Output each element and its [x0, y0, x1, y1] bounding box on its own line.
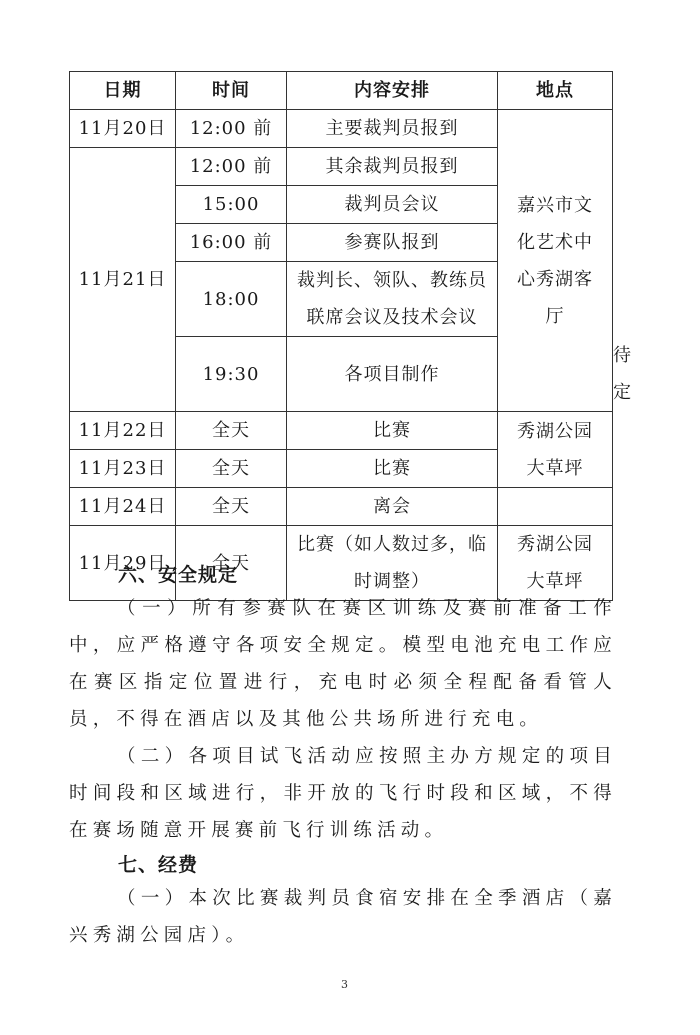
cell-content: 比赛: [287, 450, 498, 488]
cell-date: 11月23日: [70, 450, 176, 488]
location-line: 化艺术中: [498, 224, 612, 261]
schedule-table: 日期 时间 内容安排 地点 11月20日 12:00 前 主要裁判员报到 嘉兴市…: [69, 71, 613, 601]
header-location: 地点: [498, 72, 613, 110]
document-page: 日期 时间 内容安排 地点 11月20日 12:00 前 主要裁判员报到 嘉兴市…: [0, 0, 700, 1035]
cell-content: 离会: [287, 488, 498, 526]
cell-time: 12:00 前: [176, 110, 287, 148]
location-line: 秀湖公园: [498, 413, 612, 450]
page-number: 3: [341, 978, 348, 991]
content-line: 比赛（如人数过多，临: [287, 526, 497, 563]
cell-location-merged: 嘉兴市文 化艺术中 心秀湖客 厅: [498, 110, 613, 412]
table-row: 11月24日 全天 离会: [70, 488, 613, 526]
location-line: 秀湖公园: [498, 526, 612, 563]
section-heading-safety: 六、安全规定: [118, 560, 238, 587]
cell-date: 11月24日: [70, 488, 176, 526]
cell-content: 参赛队报到: [287, 224, 498, 262]
cell-time: 全天: [176, 412, 287, 450]
cell-date: 11月20日: [70, 110, 176, 148]
header-date: 日期: [70, 72, 176, 110]
header-time: 时间: [176, 72, 287, 110]
paragraph-safety-1: （一）所有参赛队在赛区训练及赛前准备工作中，应严格遵守各项安全规定。模型电池充电…: [69, 590, 617, 738]
cell-time: 19:30: [176, 337, 287, 412]
paragraph-safety-2: （二）各项目试飞活动应按照主办方规定的项目时间段和区域进行，非开放的飞行时段和区…: [69, 738, 617, 849]
paragraph-funding-1: （一）本次比赛裁判员食宿安排在全季酒店（嘉兴秀湖公园店）。: [69, 880, 617, 954]
table-row: 11月22日 全天 比赛 秀湖公园 大草坪: [70, 412, 613, 450]
cell-time: 16:00 前: [176, 224, 287, 262]
location-line: 大草坪: [498, 450, 612, 487]
location-line: 厅: [498, 298, 612, 335]
cell-content: 其余裁判员报到: [287, 148, 498, 186]
cell-date: 11月22日: [70, 412, 176, 450]
table-row: 11月20日 12:00 前 主要裁判员报到 嘉兴市文 化艺术中 心秀湖客 厅: [70, 110, 613, 148]
cell-content: 比赛: [287, 412, 498, 450]
section-heading-funding: 七、经费: [118, 850, 198, 877]
content-line: 裁判长、领队、教练员: [287, 262, 497, 299]
cell-date: 11月21日: [70, 148, 176, 412]
content-line: 联席会议及技术会议: [287, 299, 497, 336]
cell-content: 裁判员会议: [287, 186, 498, 224]
cell-time: 12:00 前: [176, 148, 287, 186]
table-header-row: 日期 时间 内容安排 地点: [70, 72, 613, 110]
cell-time: 15:00: [176, 186, 287, 224]
cell-time: 18:00: [176, 262, 287, 337]
cell-location: [498, 488, 613, 526]
cell-content: 各项目制作: [287, 337, 498, 412]
cell-location-merged: 秀湖公园 大草坪: [498, 412, 613, 488]
cell-time: 全天: [176, 450, 287, 488]
header-content: 内容安排: [287, 72, 498, 110]
cell-time: 全天: [176, 488, 287, 526]
location-line: 心秀湖客: [498, 261, 612, 298]
location-line: 嘉兴市文: [498, 187, 612, 224]
cell-content: 主要裁判员报到: [287, 110, 498, 148]
cell-content: 裁判长、领队、教练员 联席会议及技术会议: [287, 262, 498, 337]
